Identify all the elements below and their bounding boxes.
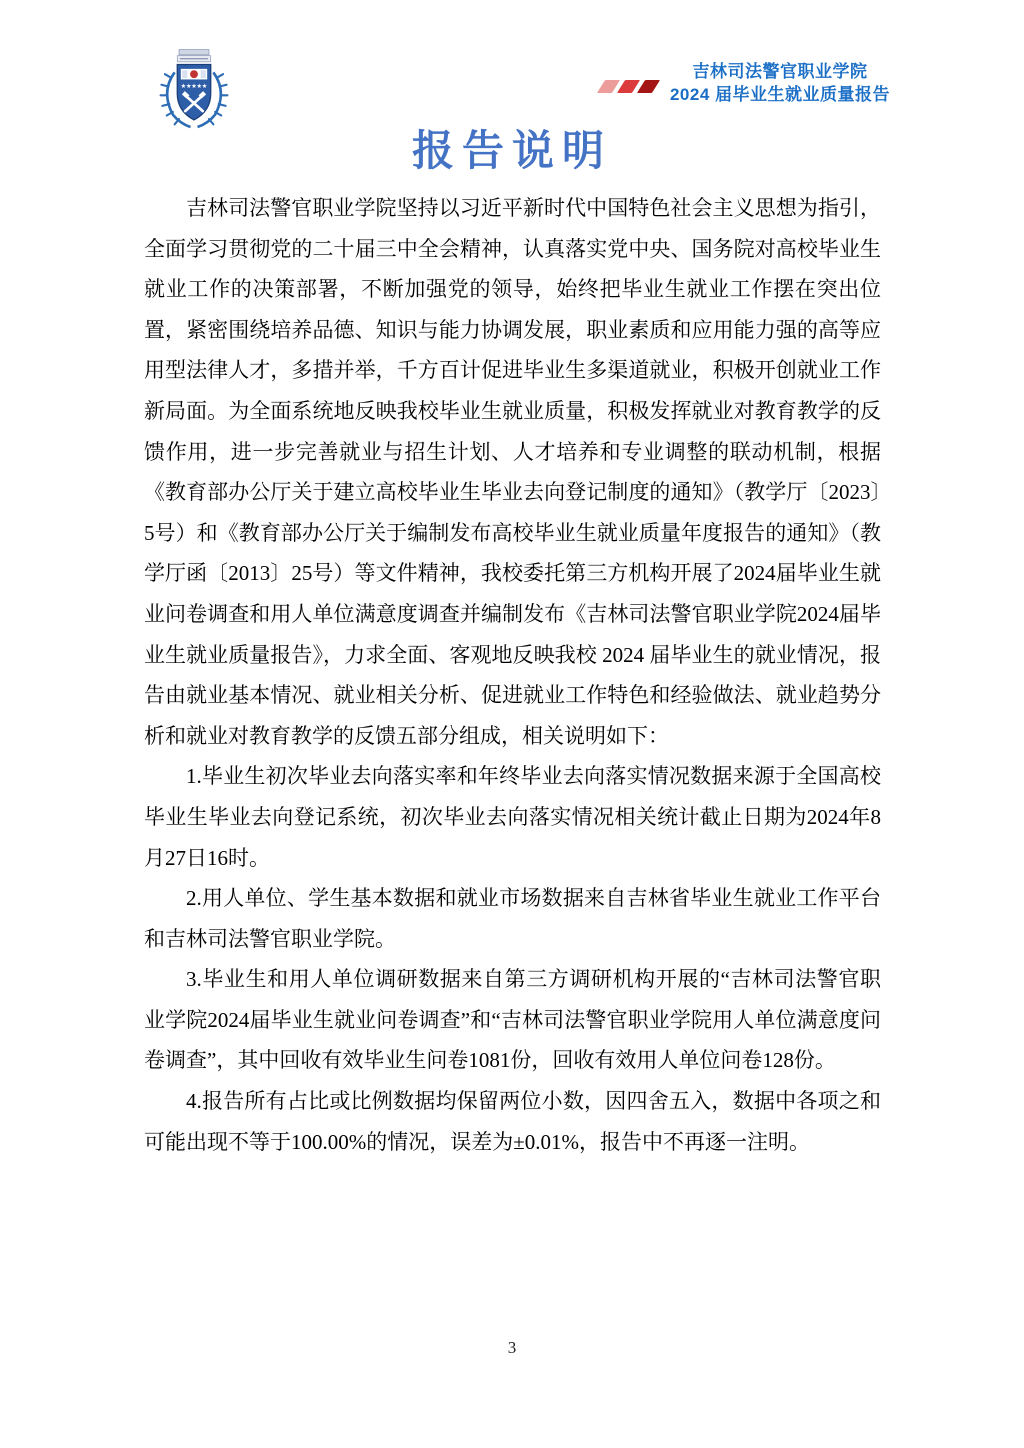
report-page: ★★★ ★★ 吉林司法警官职业学院 2024 届毕业生就业质量报 xyxy=(0,0,1024,1448)
report-body: 吉林司法警官职业学院坚持以习近平新时代中国特色社会主义思想为指引，全面学习贯彻党… xyxy=(144,188,881,1162)
paragraph-note-1: 1.毕业生初次毕业去向落实率和年终毕业去向落实情况数据来源于全国高校毕业生毕业去… xyxy=(144,756,881,878)
page-number: 3 xyxy=(508,1338,517,1357)
page-footer: 3 xyxy=(0,1338,1024,1358)
header-text-block: 吉林司法警官职业学院 2024 届毕业生就业质量报告 xyxy=(670,60,890,106)
slash-dark xyxy=(637,80,660,93)
page-title: 报告说明 xyxy=(0,118,1024,178)
header-right-block: 吉林司法警官职业学院 2024 届毕业生就业质量报告 xyxy=(601,60,890,106)
paragraph-note-3: 3.毕业生和用人单位调研数据来自第三方调研机构开展的“吉林司法警官职业学院202… xyxy=(144,959,881,1081)
paragraph-note-2: 2.用人单位、学生基本数据和就业市场数据来自吉林省毕业生就业工作平台和吉林司法警… xyxy=(144,878,881,959)
slash-medium xyxy=(617,80,640,93)
red-slashes-icon xyxy=(601,80,656,93)
svg-text:★: ★ xyxy=(202,83,208,90)
slash-light xyxy=(597,80,620,93)
header-school-name: 吉林司法警官职业学院 xyxy=(670,60,890,83)
paragraph-intro: 吉林司法警官职业学院坚持以习近平新时代中国特色社会主义思想为指引，全面学习贯彻党… xyxy=(144,188,881,756)
paragraph-note-4: 4.报告所有占比或比例数据均保留两位小数，因四舍五入，数据中各项之和可能出现不等… xyxy=(144,1081,881,1162)
header-report-name: 2024 届毕业生就业质量报告 xyxy=(670,83,890,106)
